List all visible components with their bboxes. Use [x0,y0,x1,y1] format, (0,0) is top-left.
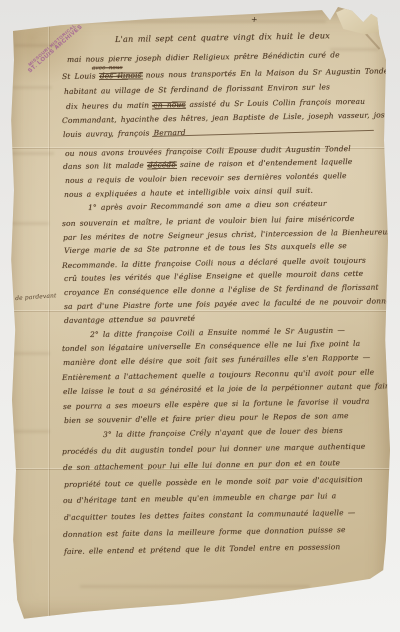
interlinear-insert: avec nous [92,65,123,72]
manuscript-line: son souverain et maître, le priant de vo… [62,214,355,228]
line-text: de son attachement pour lui elle lui don… [63,458,340,472]
manuscript-line: ou nous avons trouvées françoise Coili E… [65,144,351,158]
line-text: Entièrement a l'attachement quelle a tou… [62,368,374,382]
manuscript-line: mai nous pierre joseph didier Religieux … [67,50,340,64]
manuscript-line: nous a expliquées a haute et intelligibl… [64,186,313,199]
manuscript-line: Vierge marie de sa Ste patronne et de to… [64,241,347,255]
paper-vignette [0,0,400,632]
manuscript-line: crû toutes les vérités que l'église Ense… [64,269,363,283]
line-text: ou d'héritage tant en meuble qu'en immeu… [63,491,336,505]
line-text: 2° la ditte françoise Coili a Ensuite no… [90,326,345,339]
manuscript-line: par les mérites de notre Seigneur jesus … [63,227,396,242]
manuscript-line: propriété tout ce quelle possède en le m… [64,475,363,489]
manuscript-line: se pourra a ses moeurs elle espère que s… [63,397,370,411]
bleed-through [14,430,50,433]
line-text: saine de raison et d'entendement laquell… [176,157,353,169]
line-text: dans son lit malade [63,161,148,171]
line-text: donnation est faite dans la meilleure fo… [63,525,346,539]
manuscript-line: Commandant, hyacinthe des hêtres, jean B… [62,110,400,125]
bleed-through [10,152,54,155]
line-text: croyance En conséquence elle donne a l'é… [64,283,379,297]
manuscript-line: 3° la ditte françoise Crély n'ayant que … [103,426,343,439]
manuscript-line: dix heures du matin en nous assisté du S… [66,97,365,111]
manuscript-line: procédés du dit augustin tondel pour lui… [62,442,365,456]
manuscript-line: nous a requis de vouloir bien recevoir s… [65,171,347,185]
line-text: son souverain et maître, le priant de vo… [62,214,355,228]
line-text: par les mérites de notre Seigneur jesus … [63,227,396,242]
line-text: tondel son légataire universelle En cons… [62,339,360,353]
bleed-through [80,585,310,588]
manuscript-line: de son attachement pour lui elle lui don… [63,458,340,472]
manuscript-line: elle laisse le tout a sa générosité et l… [63,381,393,396]
line-text: 1° après avoir Recommandé son ame a dieu… [88,199,327,212]
archive-stamp: MISSOURI HISTORICAL ST. LOUIS ARCHIVES [24,20,85,75]
bleed-through [12,352,50,355]
manuscript-line: tondel son légataire universelle En cons… [62,339,360,353]
struck-text: décédé [148,160,176,169]
scan-background: MISSOURI HISTORICAL ST. LOUIS ARCHIVES +… [0,0,400,632]
manuscript-line: faire. elle entend et prétend que le dit… [64,542,340,556]
line-text: davantage attendue sa pauvreté [64,314,195,325]
line-text: mai nous pierre joseph didier Religieux … [67,50,340,64]
line-text: bien se souvenir d'elle et faire prier d… [64,411,349,425]
fold-crease [48,24,51,616]
manuscript-line: Entièrement a l'attachement quelle a tou… [62,368,374,382]
line-text: faire. elle entend et prétend que le dit… [64,542,340,556]
line-text: propriété tout ce quelle possède en le m… [64,475,363,489]
line-text: d'acquitter toutes les dettes faites con… [64,508,355,522]
line-text: St Louis [62,71,100,81]
line-text: procédés du dit augustin tondel pour lui… [62,442,365,456]
line-text: ou nous avons trouvées françoise Coili E… [65,144,351,158]
manuscript-page: MISSOURI HISTORICAL ST. LOUIS ARCHIVES +… [0,0,400,632]
torn-corner-flap [334,5,386,35]
manuscript-line: davantage attendue sa pauvreté [64,314,195,325]
line-text: assisté du Sr Louis Collin françois more… [185,97,365,109]
manuscript-line: Recommande. la ditte françoise Coili nou… [62,256,366,270]
bleed-through [9,222,49,225]
manuscript-line: 2° la ditte françoise Coili a Ensuite no… [90,326,345,339]
line-text: Vierge marie de sa Ste patronne et de to… [64,241,347,255]
line-text: nous a requis de vouloir bien recevoir s… [65,171,347,185]
margin-note: et de pardevant [7,292,57,302]
line-text: louis auvray, françois Bernard [63,128,186,139]
manuscript-line: dans son lit malade décédé saine de rais… [63,157,352,171]
struck-text: des Ilinois [100,71,142,81]
line-text: crû toutes les vérités que l'église Ense… [64,269,363,283]
manuscript-line: donnation est faite dans la meilleure fo… [63,525,346,539]
manuscript-line: louis auvray, françois Bernard [63,128,186,139]
line-text: L'an mil sept cent quatre vingt dix huit… [115,30,330,44]
line-text: elle laisse le tout a sa générosité et l… [63,381,393,396]
manuscript-line: bien se souvenir d'elle et faire prier d… [64,411,349,425]
line-text: se pourra a ses moeurs elle espère que s… [63,397,370,411]
line-text: habitant au village de St ferdinand de f… [64,82,330,96]
stamp-line: ST. LOUIS ARCHIVES [27,24,84,75]
line-text: nous nous transportés En la Maison du Sr… [141,66,390,79]
line-text: nous a expliquées a haute et intelligibl… [64,186,313,199]
manuscript-line: L'an mil sept cent quatre vingt dix huit… [115,30,330,44]
line-text: 3° la ditte françoise Crély n'ayant que … [103,426,343,439]
bleed-through [66,20,326,23]
manuscript-line: croyance En conséquence elle donne a l'é… [64,283,379,297]
manuscript-line: d'acquitter toutes les dettes faites con… [64,508,355,522]
line-text: dix heures du matin [66,100,153,111]
manuscript-line: manière dont elle désire que soit fait s… [63,353,370,367]
top-ink-mark: + [250,15,258,25]
line-text: Commandant, hyacinthe des hêtres, jean B… [62,110,400,125]
line-text: manière dont elle désire que soit fait s… [63,353,370,367]
line-text: Recommande. la ditte françoise Coili nou… [62,256,366,270]
manuscript-line: ou d'héritage tant en meuble qu'en immeu… [63,491,336,505]
line-text: sa part d'une Piastre forte une fois pay… [64,296,394,311]
struck-text: en nous [153,100,185,110]
bleed-through [12,86,52,89]
manuscript-line: St Louis des Ilinois nous nous transport… [62,66,391,81]
manuscript-line: sa part d'une Piastre forte une fois pay… [64,296,394,311]
manuscript-line: habitant au village de St ferdinand de f… [64,82,330,96]
manuscript-line: 1° après avoir Recommandé son ame a dieu… [88,199,327,212]
